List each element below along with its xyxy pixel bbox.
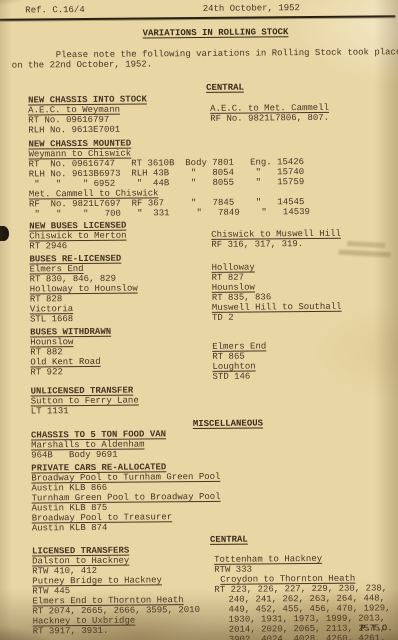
new-buses-licensed-columns: Chiswick to Merton RT 2946 Chiswick to M…: [13, 228, 383, 251]
fleet-numbers-line: RT 2946: [29, 240, 211, 252]
buses-withdrawn-columns: Hounslow RT 882 Old Kent Road RT 922 Elm…: [14, 334, 384, 383]
fleet-numbers-line: Austin KLB 874: [32, 520, 386, 533]
fleet-numbers-line: 3902, 4024, 4028, 4260, 4261.: [229, 633, 391, 640]
new-chassis-into-stock-columns: A.E.C. to Weymann RT No. 09616797 RLH No…: [12, 102, 382, 135]
scanned-memo-page: Ref. C.16/4 24th October, 1952 VARIATION…: [0, 0, 398, 640]
left-column: Hounslow RT 882 Old Kent Road RT 922: [14, 336, 212, 384]
fleet-numbers-line: STD 146: [212, 370, 384, 382]
fleet-numbers-line: RT 3917, 3931.: [33, 625, 215, 637]
memo-header: Ref. C.16/4 24th October, 1952: [11, 2, 381, 15]
left-column: Dalston to Hackney RTW 410, 412 Putney B…: [16, 555, 215, 640]
fleet-numbers-line: STL 1668: [30, 313, 212, 325]
left-column: Elmers End RT 830, 846, 829 Holloway to …: [14, 263, 213, 325]
fleet-numbers-line: RT 922: [30, 366, 212, 378]
fleet-numbers-line: TD 2: [212, 311, 384, 323]
reference-number: Ref. C.16/4: [25, 5, 85, 16]
right-column: Elmers End RT 865 Loughton STD 146: [212, 334, 384, 381]
pto-note: P.T.O.: [360, 623, 392, 633]
memo-content: Ref. C.16/4 24th October, 1952 VARIATION…: [0, 0, 398, 640]
title-row: VARIATIONS IN ROLLING STOCK: [11, 26, 381, 39]
fleet-numbers-line: 964B Body 9691: [31, 447, 385, 460]
fleet-numbers-line: RF 316, 317, 319.: [211, 238, 383, 250]
page-title: VARIATIONS IN ROLLING STOCK: [143, 27, 289, 38]
left-column: A.E.C. to Weymann RT No. 09616797 RLH No…: [12, 104, 210, 136]
buses-relicensed-columns: Elmers End RT 830, 846, 829 Holloway to …: [14, 261, 385, 324]
right-column: Holloway RT 827 Hounslow RT 835, 836 Mus…: [212, 261, 385, 322]
right-column: A.E.C. to Met. Cammell RF No. 9821L7806,…: [210, 102, 382, 133]
fleet-numbers-line: RLH No. 9613E7001: [28, 124, 210, 136]
fleet-numbers-line: RF No. 9821L7806, 807.: [210, 112, 382, 124]
table-row: " " " 700 " 331 " 7849 " 14539: [29, 206, 383, 219]
intro-paragraph: Please note the following variations in …: [12, 47, 382, 70]
right-column: Chiswick to Muswell Hill RF 316, 317, 31…: [211, 228, 383, 250]
left-column: Chiswick to Merton RT 2946: [13, 230, 211, 252]
header-divider: [0, 15, 395, 20]
licensed-transfers-columns: Dalston to Hackney RTW 410, 412 Putney B…: [16, 553, 387, 640]
memo-date: 24th October, 1952: [203, 3, 300, 14]
intro-line-2: on the 22nd October, 1952.: [12, 57, 382, 70]
